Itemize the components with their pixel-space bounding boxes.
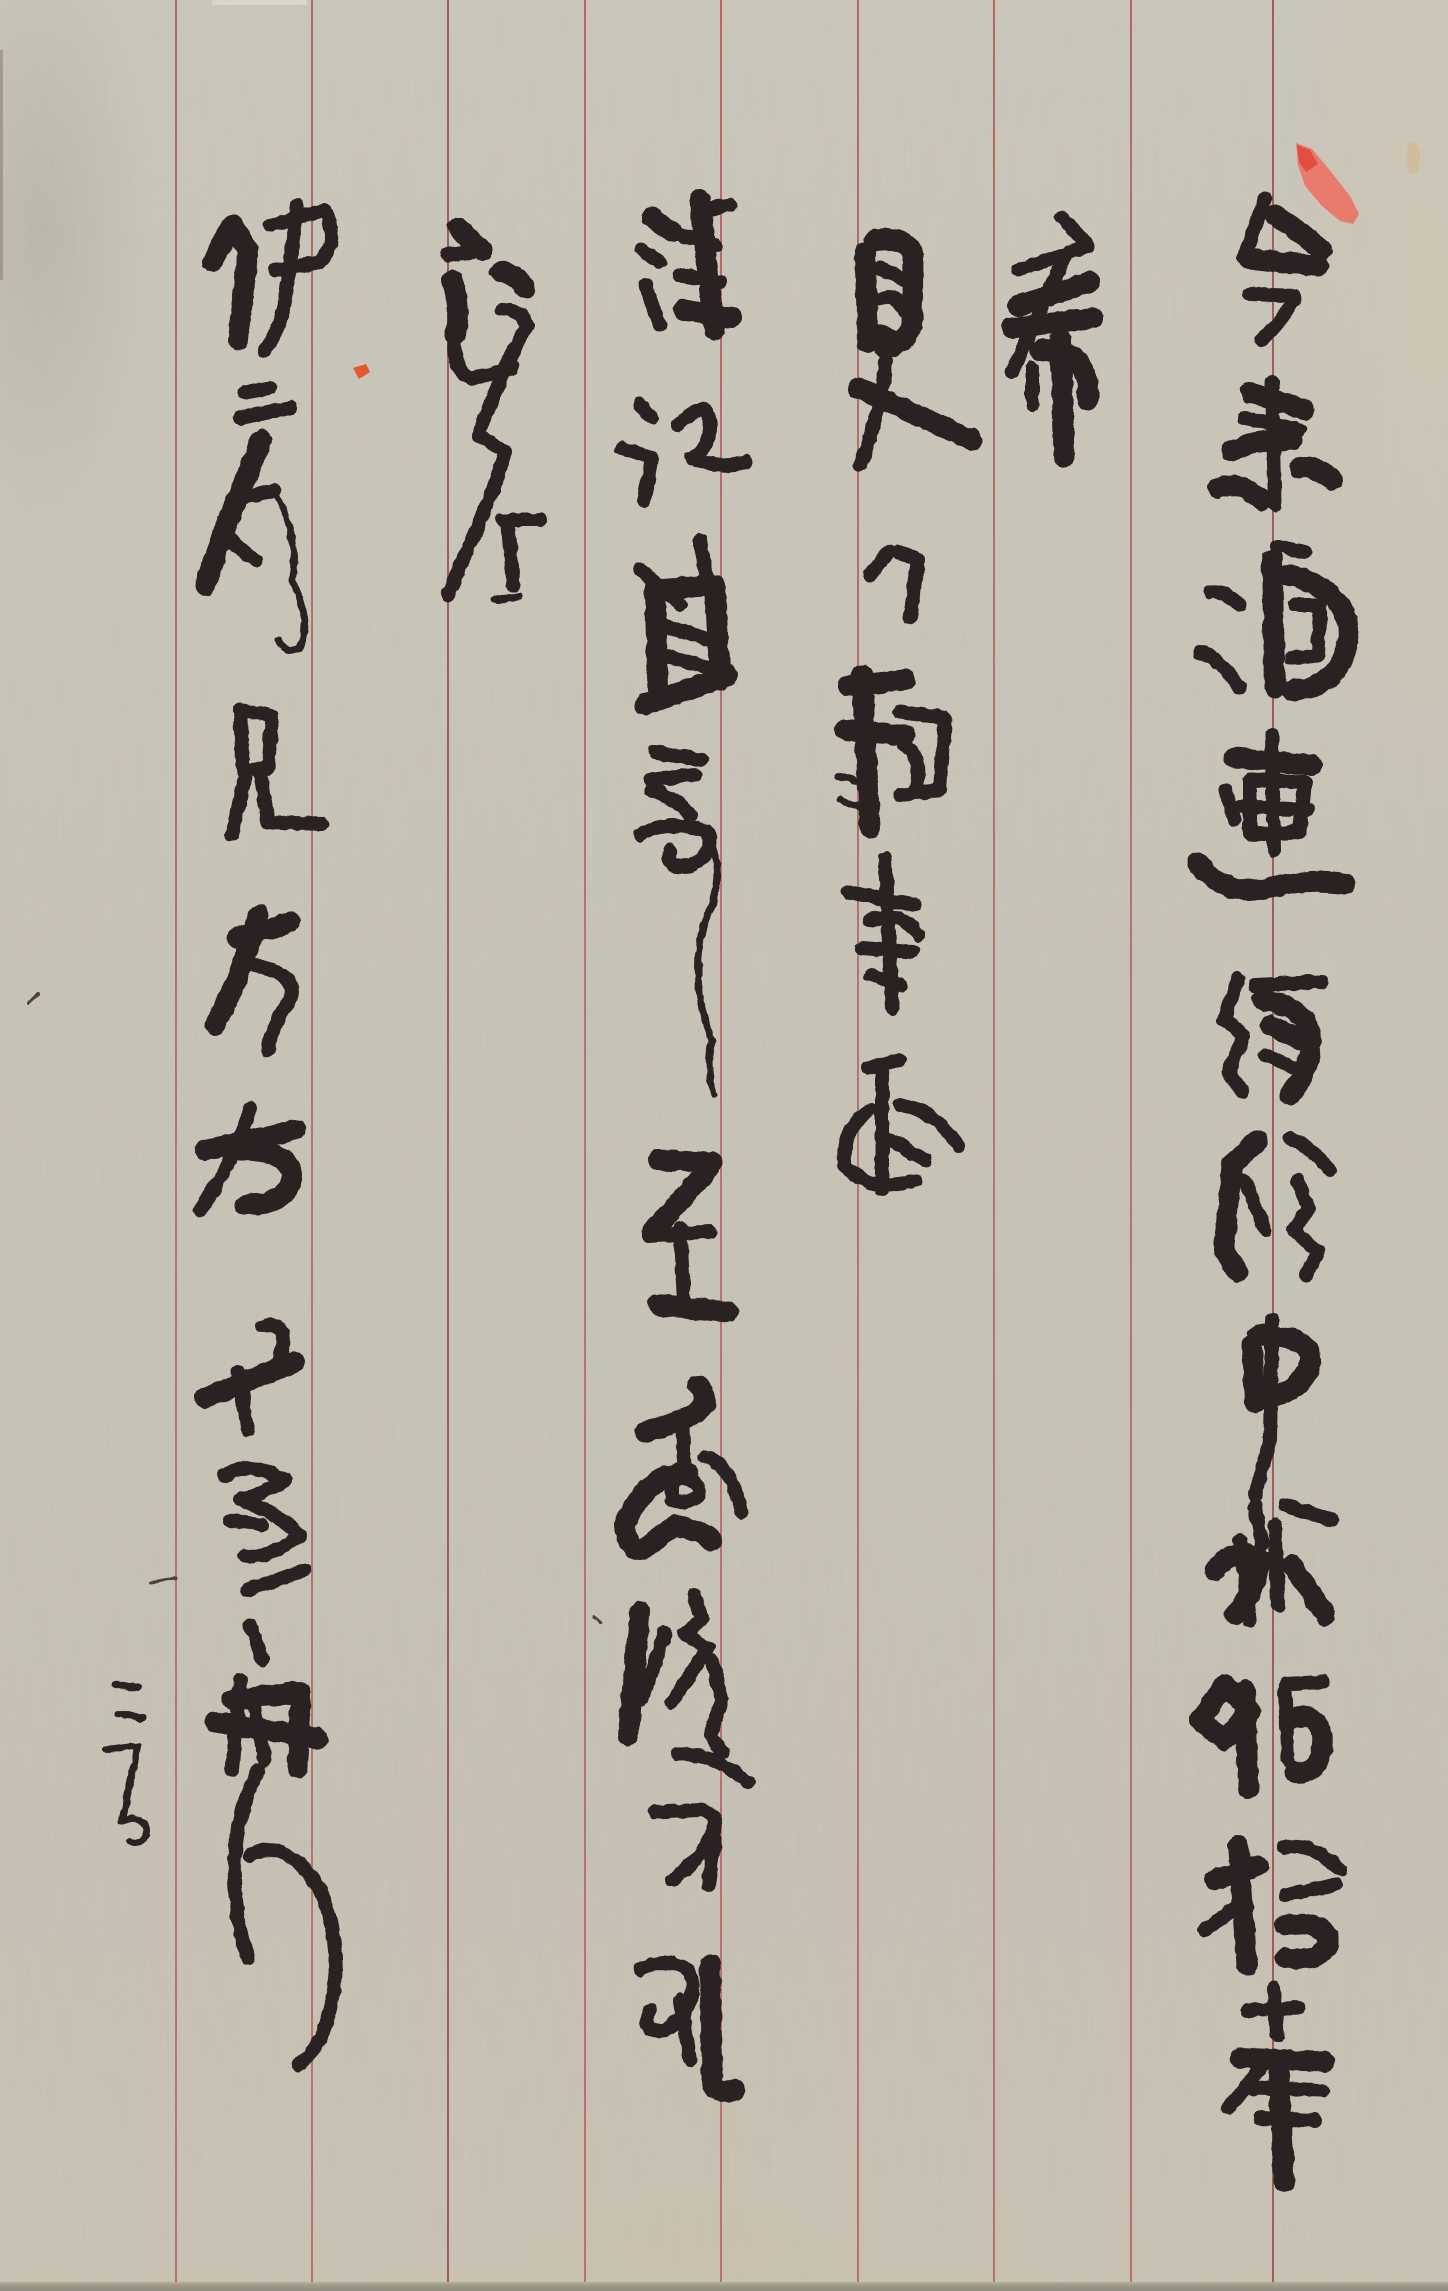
calligraphy-char: 々 (847, 529, 943, 641)
paper-stain (1406, 142, 1420, 174)
brush-stroke (494, 596, 520, 600)
calligraphy-char: 訖 (622, 405, 745, 526)
letter-page: 今 來 詢 達 (0, 0, 1448, 2291)
calligraphy-char: 即 (640, 1796, 736, 1908)
brush-stroke (628, 1612, 640, 1735)
closing-text: 頓首 (189, 1971, 381, 2083)
char-text: 屏 (207, 559, 303, 671)
ink-layer: 今 來 詢 達 (0, 0, 1448, 2291)
calligraphy-char: 左 (207, 915, 303, 1050)
calligraphy-char: 右 (200, 1108, 298, 1233)
